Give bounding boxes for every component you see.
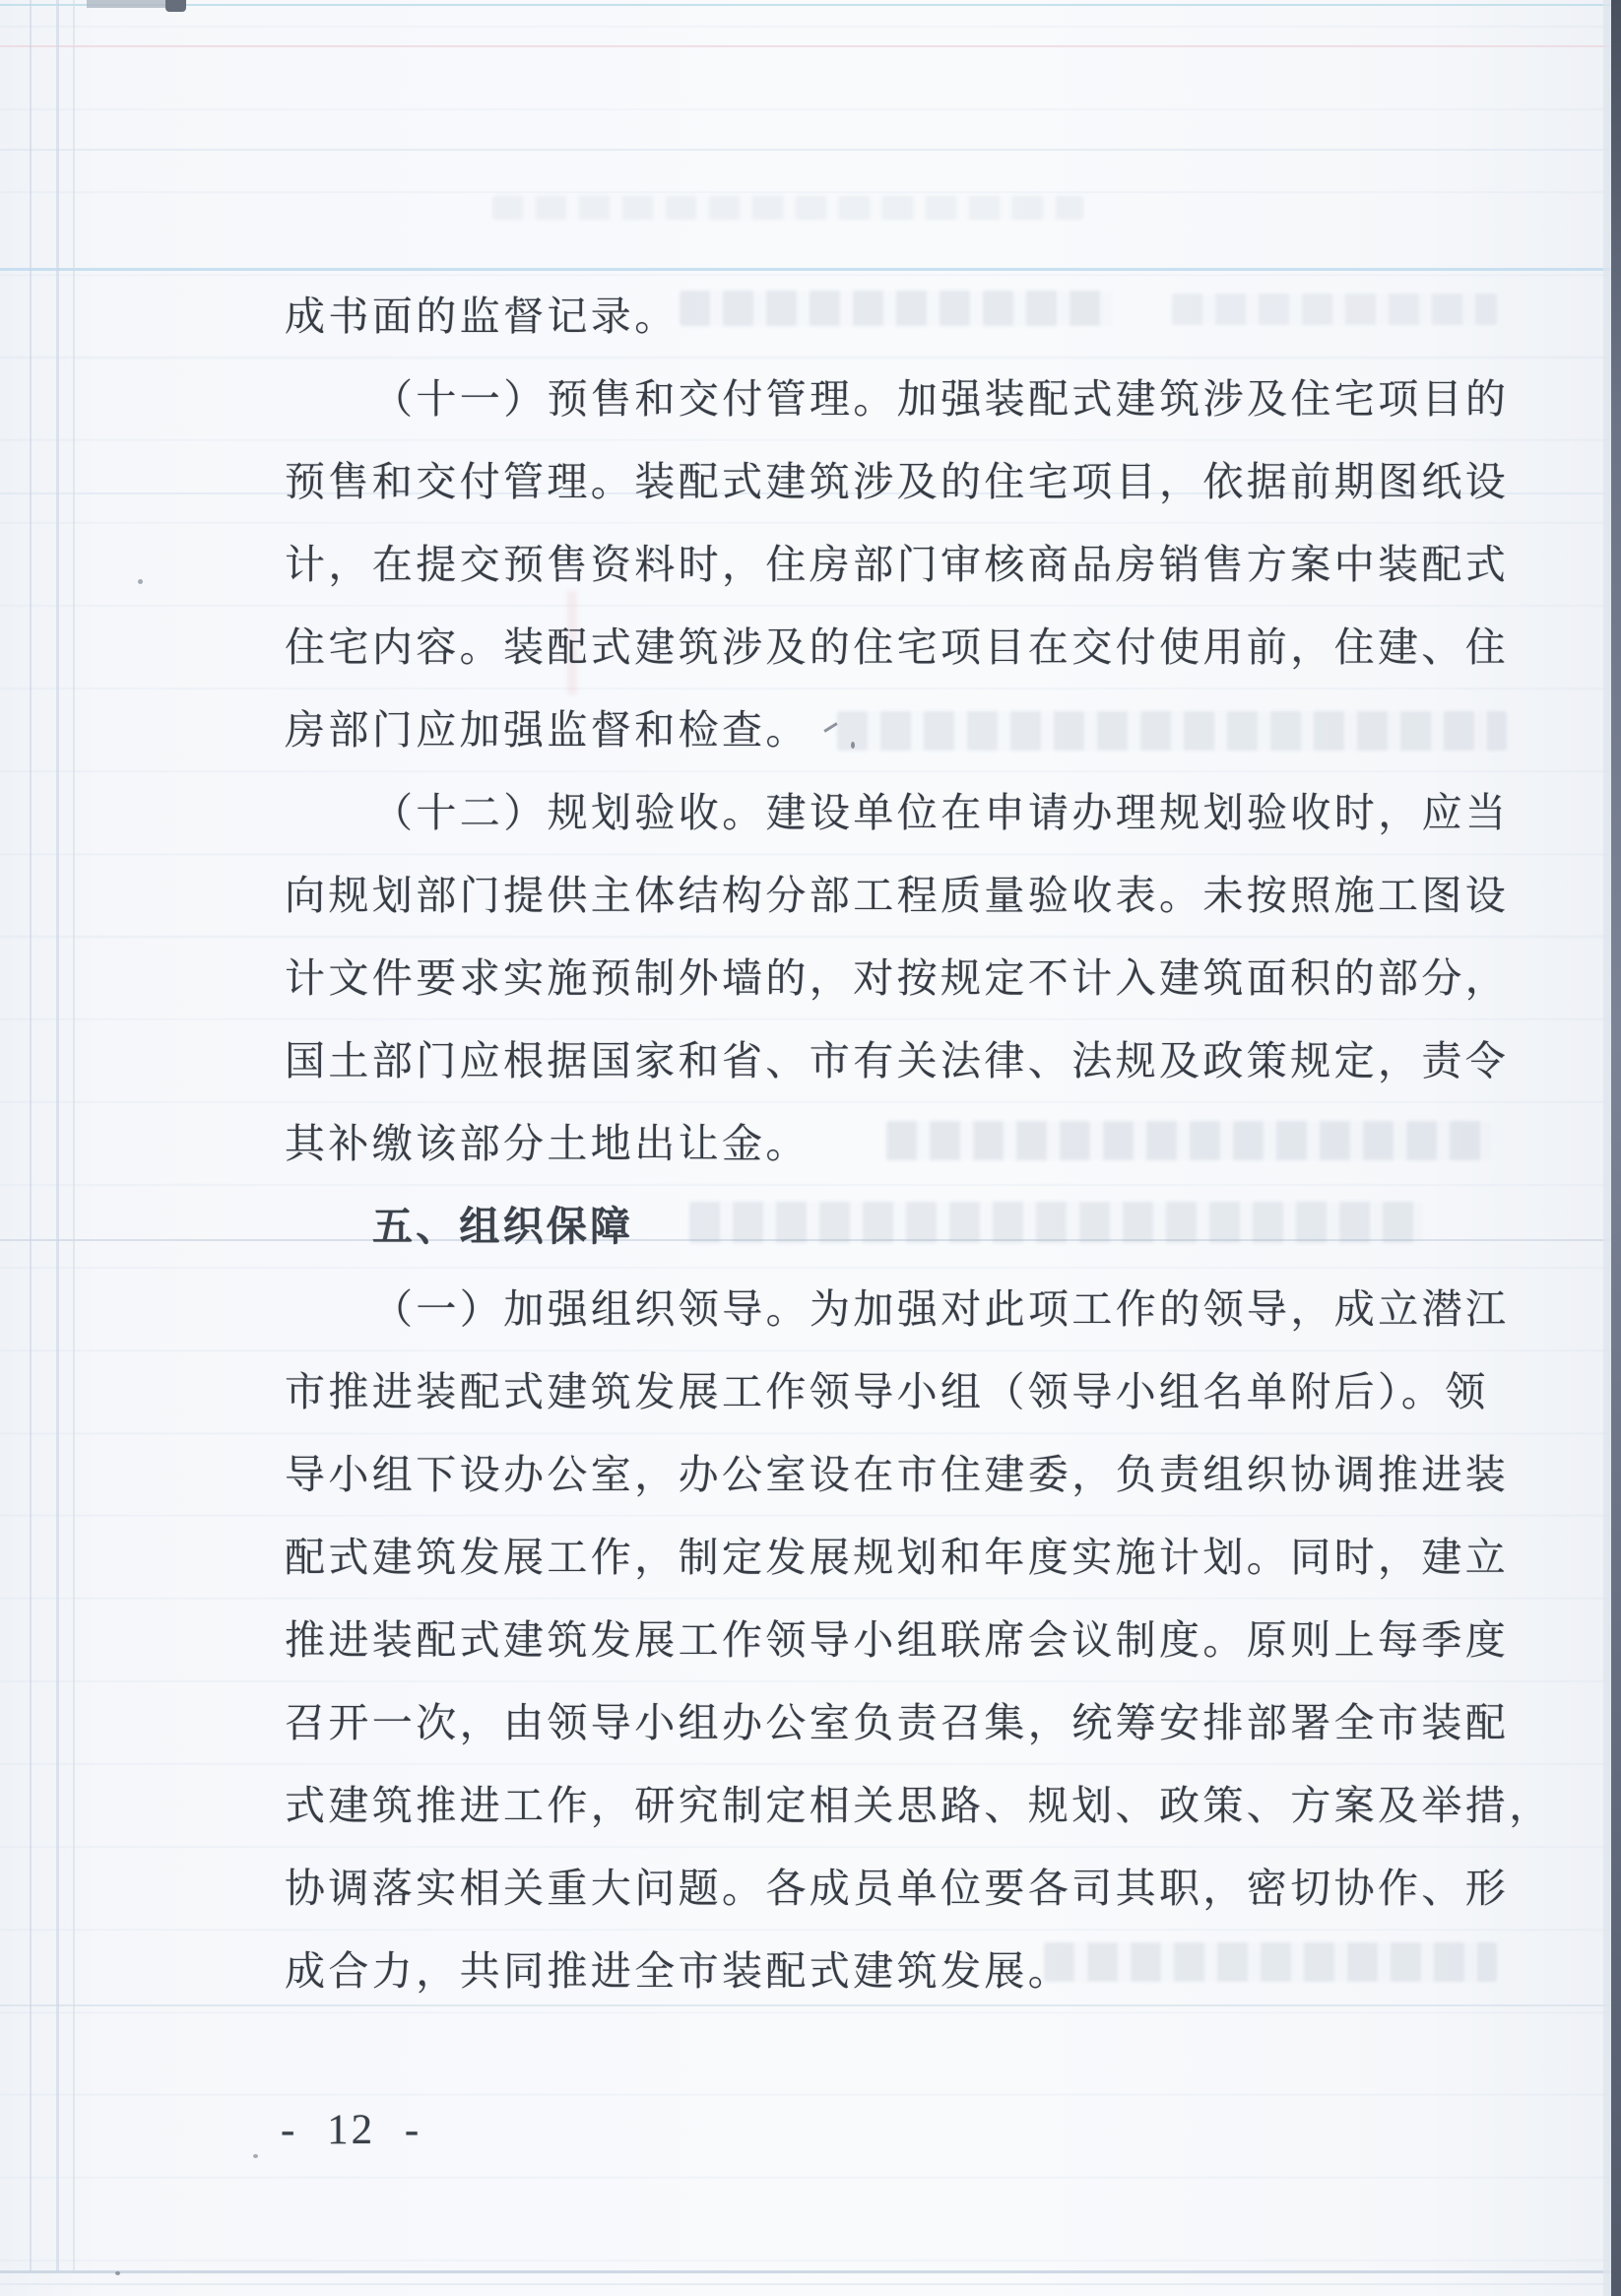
document-line: 召开一次，由领导小组办公室负责召集，统筹安排部署全市装配 [285,1681,1555,1764]
binding-line [30,0,32,2271]
page-edge-highlight [1603,0,1611,2296]
page-number: - 12 - [281,2101,421,2160]
document-line: 成书面的监督记录。 [285,275,1555,358]
document-body: 成书面的监督记录。 （十一）预售和交付管理。加强装配式建筑涉及住宅项目的 预售和… [285,275,1555,2012]
document-line: 协调落实相关重大问题。各成员单位要各司其职，密切协作、形 [285,1847,1555,1930]
document-line: 预售和交付管理。装配式建筑涉及的住宅项目，依据前期图纸设 [285,440,1555,523]
document-line: 成合力，共同推进全市装配式建筑发展。 [285,1930,1555,2012]
document-line: 市推进装配式建筑发展工作领导小组（领导小组名单附后）。领 [285,1350,1555,1433]
scan-line [0,2283,1621,2285]
scan-line [0,4,1621,6]
scan-speck [115,2271,120,2275]
scan-speck [138,579,143,584]
document-line: 导小组下设办公室，办公室设在市住建委，负责组织协调推进装 [285,1433,1555,1516]
document-line: （一）加强组织领导。为加强对此项工作的领导，成立潜江 [285,1268,1555,1350]
bleed-through-text [492,196,1083,220]
scan-edge-mark [165,0,186,12]
document-line: 住宅内容。装配式建筑涉及的住宅项目在交付使用前，住建、住 [285,606,1555,689]
document-line: 配式建筑发展工作，制定发展规划和年度实施计划。同时，建立 [285,1516,1555,1599]
document-line: 计文件要求实施预制外墙的，对按规定不计入建筑面积的部分， [285,937,1555,1019]
page-edge-shadow [1611,0,1621,2296]
document-line: 房部门应加强监督和检查。 [285,689,1555,771]
scan-line [0,2270,1621,2273]
document-line: 式建筑推进工作，研究制定相关思路、规划、政策、方案及举措， [285,1764,1555,1847]
scan-line [0,45,1621,47]
binding-line [73,0,75,2271]
document-line: （十二）规划验收。建设单位在申请办理规划验收时，应当 [285,771,1555,854]
scanned-document-page: { "page": { "number_label": "- 12 -" }, … [0,0,1621,2296]
scan-line [0,149,1621,151]
document-line: 其补缴该部分土地出让金。 [285,1102,1555,1185]
document-line: 计，在提交预售资料时，住房部门审核商品房销售方案中装配式 [285,523,1555,606]
binding-line [56,0,59,2271]
document-line: （十一）预售和交付管理。加强装配式建筑涉及住宅项目的 [285,358,1555,440]
document-line: 国土部门应根据国家和省、市有关法律、法规及政策规定，责令 [285,1019,1555,1102]
document-line: 推进装配式建筑发展工作领导小组联席会议制度。原则上每季度 [285,1599,1555,1681]
scan-line [0,268,1621,271]
scan-speck [253,2154,258,2158]
document-line: 向规划部门提供主体结构分部工程质量验收表。未按照施工图设 [285,854,1555,937]
section-heading: 五、组织保障 [285,1185,1555,1268]
